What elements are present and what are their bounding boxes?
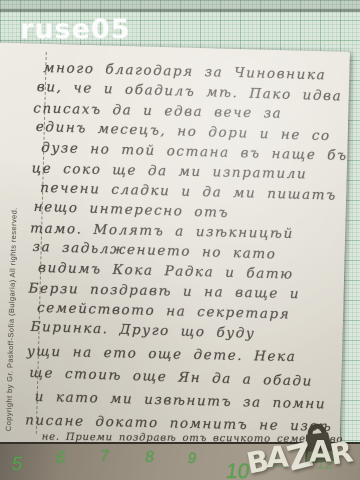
copyright-imprint: Copyright by Gr. Paskoff-Sofia (Bulgaria…: [4, 53, 23, 431]
logo-letter: A: [310, 437, 330, 466]
postcard-listing-photo: ruse05 „Р. ПАСКОВЪ“ — СОФИЯ Copyright by…: [0, 0, 360, 480]
ruler-mark-8: 8: [144, 449, 155, 467]
handwritten-message: много благодаря за Чиновника ви, че и об…: [33, 58, 355, 454]
ruler-mark-7: 7: [99, 448, 110, 466]
bazar-logo-text: BAZAR: [245, 432, 360, 478]
graph-paper-ruled-line: [0, 9, 360, 12]
ruler-mark-9: 9: [187, 450, 198, 467]
seller-watermark: ruse05: [20, 14, 131, 45]
graph-paper-top-shade: [0, 0, 360, 9]
ruler-mark-5: 5: [10, 454, 24, 476]
logo-letter: R: [328, 438, 353, 470]
ruler-mark-6: 6: [55, 448, 67, 468]
postcard: „Р. ПАСКОВЪ“ — СОФИЯ Copyright by Gr. Pa…: [0, 42, 350, 451]
